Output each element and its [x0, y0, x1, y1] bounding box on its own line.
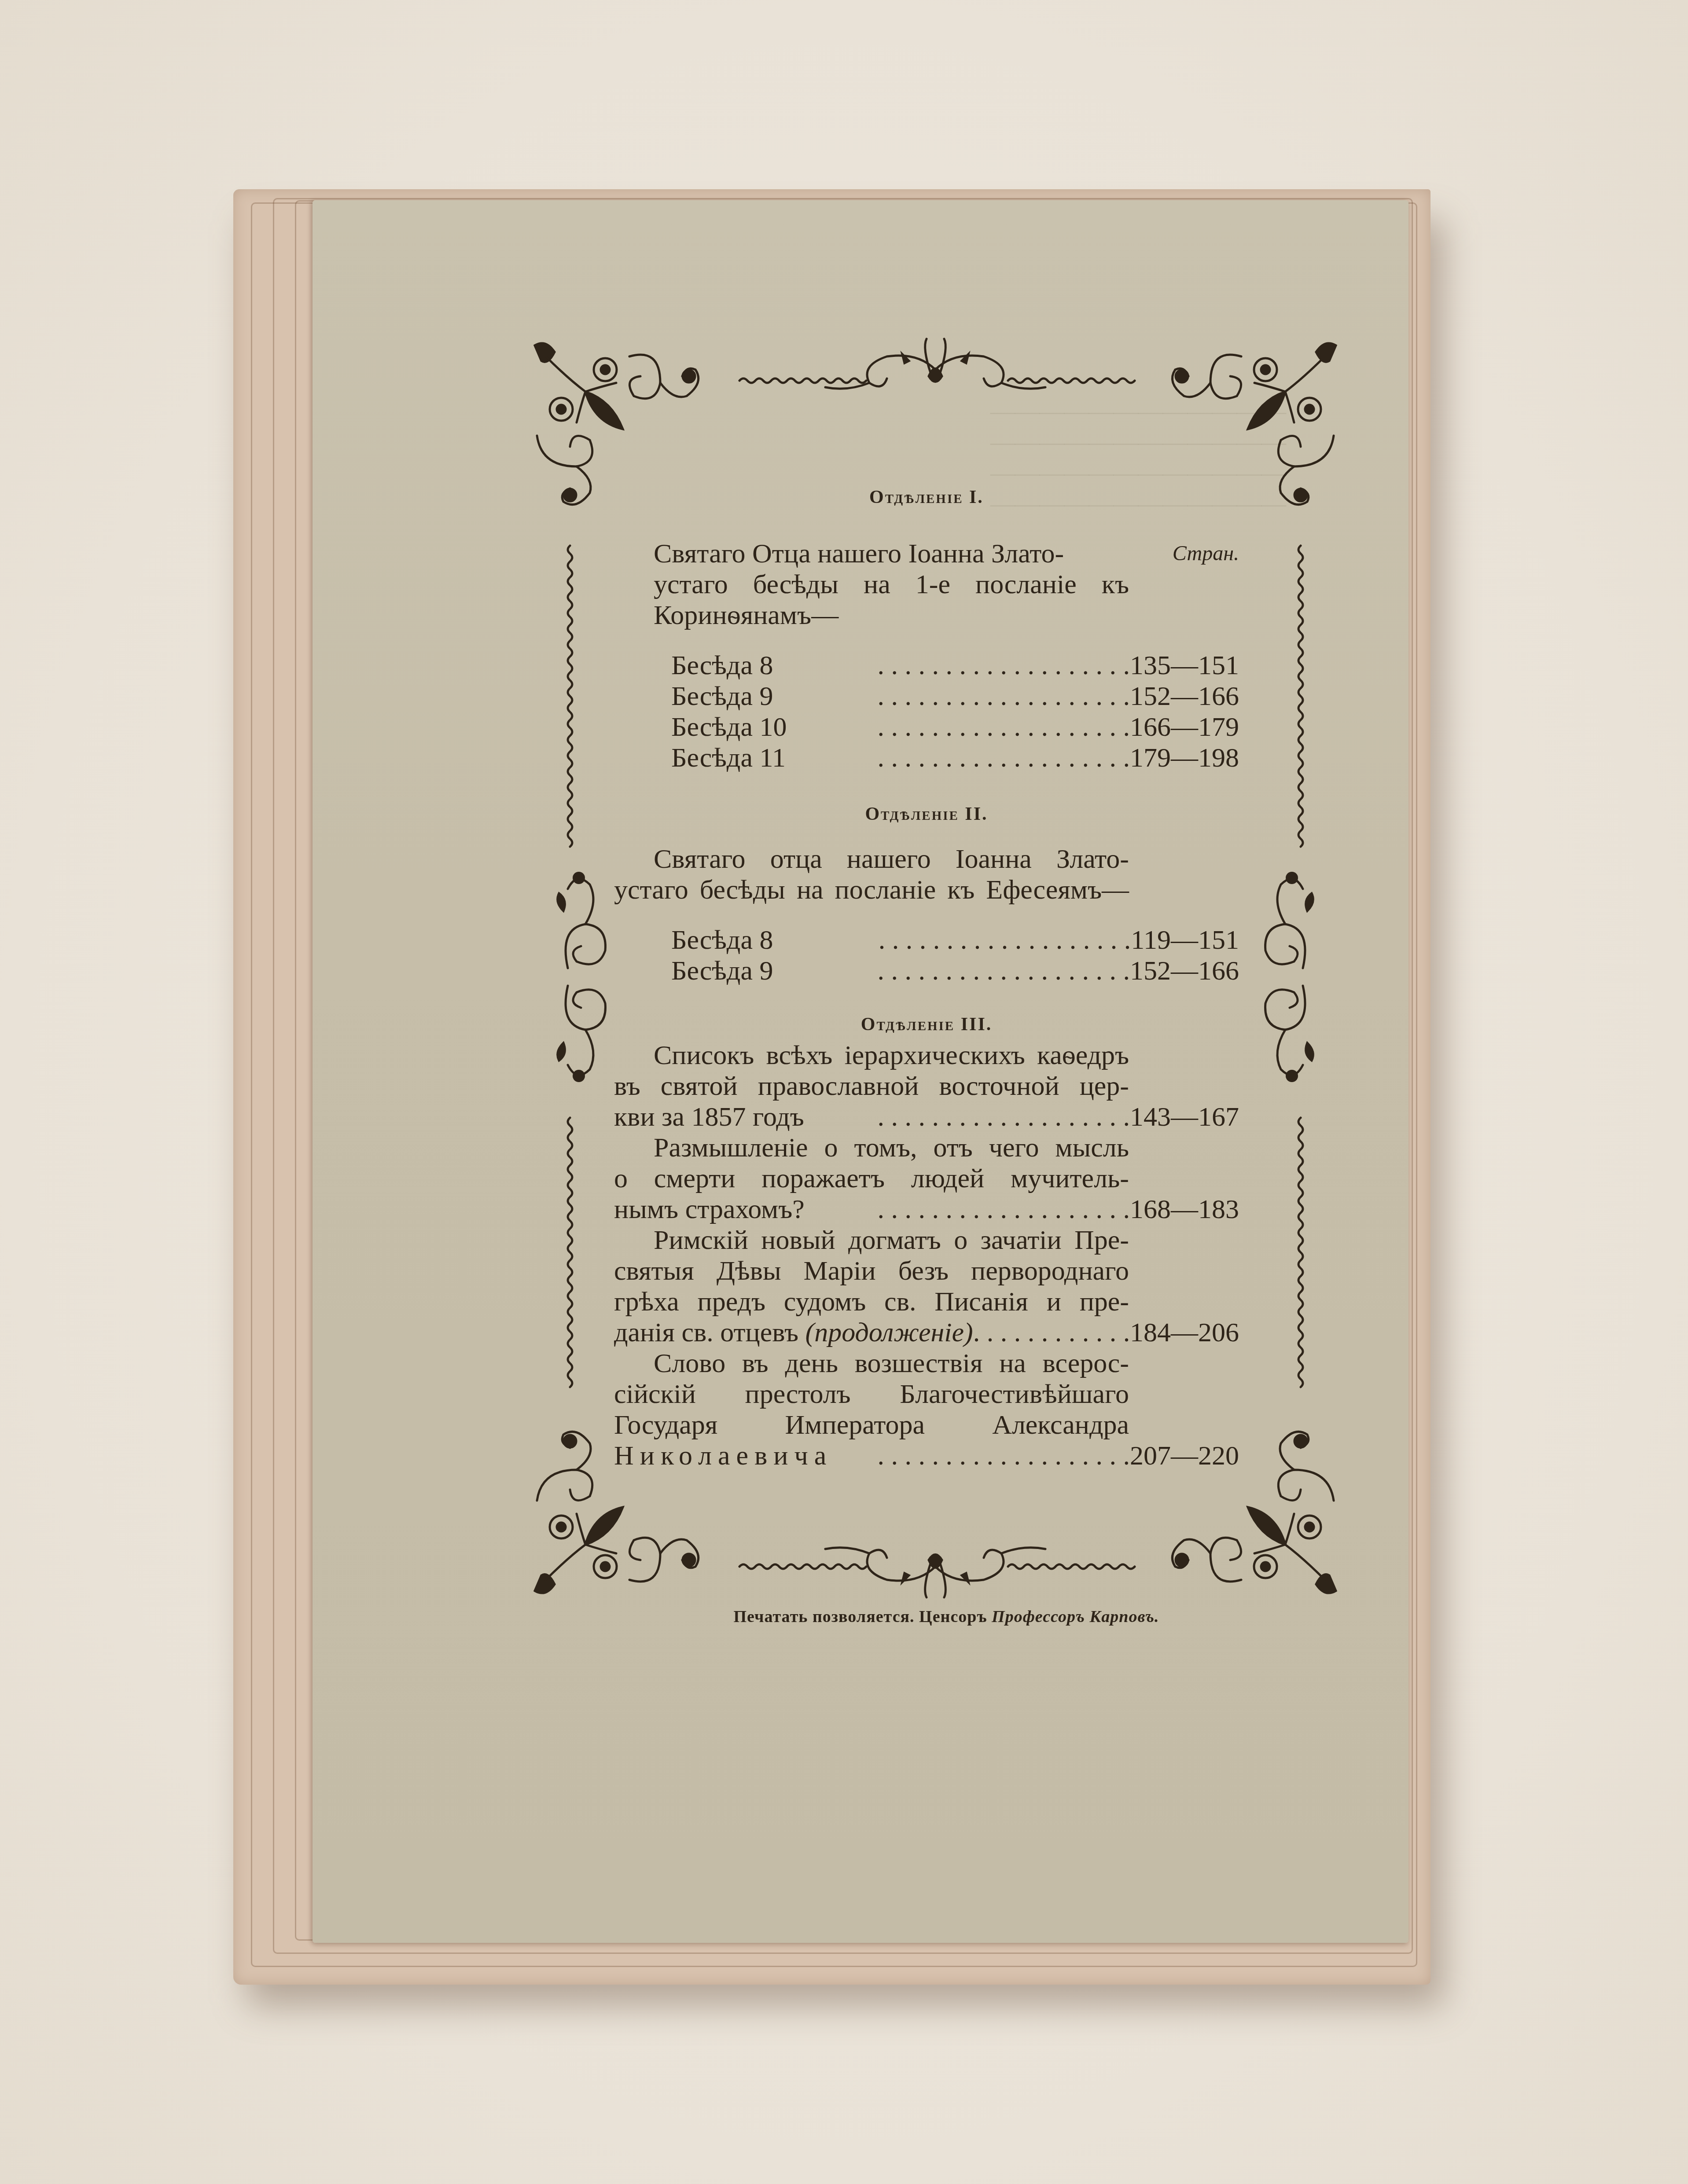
page-range: 179—198: [1130, 742, 1239, 773]
dot-leader: . . . . . . . . . . . . . . . . . . .: [830, 650, 1130, 681]
page-range: 152—166: [1130, 681, 1239, 712]
entry-text: Николаевича: [614, 1440, 832, 1471]
page-range: 119—151: [1131, 925, 1239, 955]
toc-row-label: Бесѣда 9: [614, 681, 830, 712]
section-1-intro: Святаго Отца нашего Іоанна Злато- Стран.…: [614, 538, 1129, 631]
toc-row: Бесѣда 10 . . . . . . . . . . . . . . . …: [614, 712, 1239, 742]
entry-line: святыя Дѣвы Маріи безъ первороднаго: [614, 1255, 1129, 1286]
entry-last-line: кви за 1857 годъ . . . . . . . . . . . .…: [614, 1101, 1239, 1132]
entry-line: грѣха предъ судомъ св. Писанія и пре-: [614, 1286, 1129, 1317]
dot-leader: . . . . . . . . . . . . . . . . . . .: [832, 1440, 1130, 1471]
page-range: 143—167: [1130, 1101, 1239, 1132]
dot-leader: . . . . . . . . . . . . . . . . . . .: [830, 742, 1130, 773]
entry-text: кви за 1857 годъ: [614, 1101, 804, 1132]
section-heading-3: Отдѣленіе III.: [614, 1009, 1239, 1040]
dot-leader: . . . . . . . . . . . . . . . . . . .: [830, 955, 1130, 986]
intro-line: Святаго Отца нашего Іоанна Злато-: [614, 538, 1129, 569]
dot-leader: . . . . . . . . . . . . . . . . . . .: [804, 1101, 1130, 1132]
entry-line: Списокъ всѣхъ іерархическихъ каѳедръ: [614, 1040, 1129, 1071]
toc-row: Бесѣда 8 . . . . . . . . . . . . . . . .…: [614, 650, 1239, 681]
entry-line: сійскій престолъ Благочестивѣйшаго: [614, 1379, 1129, 1410]
censor-name: Профессоръ Карповъ.: [992, 1608, 1159, 1626]
page-range: 207—220: [1130, 1440, 1239, 1471]
page-range: 152—166: [1130, 955, 1239, 986]
page-range: 166—179: [1130, 712, 1239, 742]
intro-line: устаго бесѣды на посланіе къ Ефесеямъ—: [614, 874, 1129, 905]
toc-entry: Слово въ день возшествія на всерос-сійск…: [614, 1348, 1239, 1471]
entry-text: данія св. отцевъ: [614, 1317, 798, 1348]
toc-row-label: Бесѣда 9: [614, 955, 830, 986]
toc-row: Бесѣда 9 . . . . . . . . . . . . . . . .…: [614, 681, 1239, 712]
toc-row-label: Бесѣда 8: [614, 650, 830, 681]
toc-entry: Размышленіе о томъ, отъ чего мысльо смер…: [614, 1132, 1239, 1225]
toc-row: Бесѣда 11 . . . . . . . . . . . . . . . …: [614, 742, 1239, 773]
toc-entry: Римскій новый догматъ о зачатіи Пре-свят…: [614, 1225, 1239, 1348]
entry-text: нымъ страхомъ?: [614, 1194, 805, 1225]
page-range: 135—151: [1130, 650, 1239, 681]
section-3-entries: Списокъ всѣхъ іерархическихъ каѳедръвъ с…: [614, 1040, 1239, 1471]
pages-column-header: Стран.: [1133, 538, 1239, 569]
entry-line: Размышленіе о томъ, отъ чего мысль: [614, 1132, 1129, 1163]
section-2-items: Бесѣда 8 . . . . . . . . . . . . . . . .…: [614, 925, 1239, 986]
intro-line: устаго бесѣды на 1-е посланіе къ: [614, 569, 1129, 600]
entry-last-line: нымъ страхомъ? . . . . . . . . . . . . .…: [614, 1194, 1239, 1225]
page-range: 184—206: [1130, 1317, 1239, 1348]
entry-note: (продолженіе): [798, 1317, 973, 1348]
dot-leader: . . . . . . . . . . . . . . . . . . .: [830, 925, 1131, 955]
section-heading-2: Отдѣленіе II.: [614, 799, 1239, 830]
page-range: 168—183: [1130, 1194, 1239, 1225]
toc-row: Бесѣда 8 . . . . . . . . . . . . . . . .…: [614, 925, 1239, 955]
section-1-items: Бесѣда 8 . . . . . . . . . . . . . . . .…: [614, 650, 1239, 773]
imprimatur-line: Печатать позволяется. Ценсоръ Профессоръ…: [634, 1607, 1259, 1626]
entry-line: Римскій новый догматъ о зачатіи Пре-: [614, 1225, 1129, 1255]
table-of-contents: Отдѣленіе I. Святаго Отца нашего Іоанна …: [614, 482, 1239, 1471]
entry-last-line: данія св. отцевъ (продолженіе) . . . . .…: [614, 1317, 1239, 1348]
dot-leader: . . . . . . . . . . . . . . . . . . .: [830, 712, 1130, 742]
intro-line: Святаго отца нашего Іоанна Злато-: [614, 844, 1129, 874]
toc-row: Бесѣда 9 . . . . . . . . . . . . . . . .…: [614, 955, 1239, 986]
dot-leader: . . . . . . . . . . . . . . . . . . .: [805, 1194, 1130, 1225]
toc-entry: Списокъ всѣхъ іерархическихъ каѳедръвъ с…: [614, 1040, 1239, 1132]
dot-leader: . . . . . . . . . . . . . . . . . . .: [973, 1317, 1130, 1348]
entry-line: о смерти поражаетъ людей мучитель-: [614, 1163, 1129, 1194]
dot-leader: . . . . . . . . . . . . . . . . . . .: [830, 681, 1130, 712]
entry-line: Слово въ день возшествія на всерос-: [614, 1348, 1129, 1379]
section-heading-1: Отдѣленіе I.: [614, 482, 1239, 513]
entry-line: Государя Императора Александра: [614, 1410, 1129, 1440]
section-2-intro: Святаго отца нашего Іоанна Злато- устаго…: [614, 844, 1129, 905]
entry-line: въ святой православной восточной цер-: [614, 1071, 1129, 1101]
imprimatur-text: Печатать позволяется. Ценсоръ: [734, 1608, 987, 1626]
toc-row-label: Бесѣда 11: [614, 742, 830, 773]
intro-line: Коринѳянамъ—: [614, 600, 1129, 631]
toc-row-label: Бесѣда 10: [614, 712, 830, 742]
entry-last-line: Николаевича . . . . . . . . . . . . . . …: [614, 1440, 1239, 1471]
toc-row-label: Бесѣда 8: [614, 925, 830, 955]
